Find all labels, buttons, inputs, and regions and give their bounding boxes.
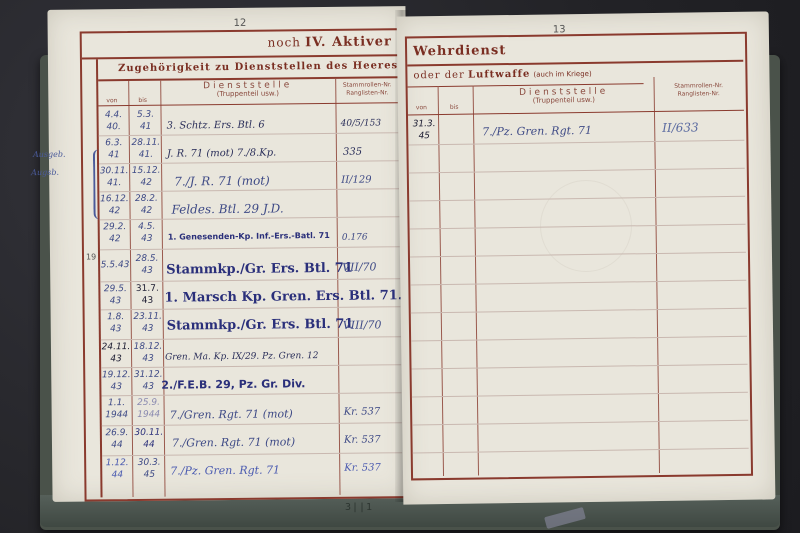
unit-stamp: Stammkp./Gr. Ers. Btl. 71 <box>167 317 354 334</box>
left-page: 12 noch IV. Aktiver Zugehörigkeit zu Die… <box>47 6 410 502</box>
unit-entry: Gren. Ma. Kp. IX/29. Pz. Gren. 12 <box>165 351 318 363</box>
date-to: 28.11.41. <box>131 137 161 161</box>
unit-entry: 7./Pz. Gren. Rgt. 71 <box>482 124 592 139</box>
roll-number: II/633 <box>662 120 699 135</box>
date-to: 5.3.41 <box>130 109 160 133</box>
unit-stamp: 1. Marsch Kp. Gren. Ers. Btl. 71. <box>164 288 402 305</box>
date-from: 16.12.42 <box>99 193 129 217</box>
date-to: 4.5.43 <box>132 221 162 245</box>
unit-stamp: 1. Genesenden-Kp. Inf.-Ers.-Batl. 71 <box>168 231 330 242</box>
date-to: 31.12.43 <box>133 369 163 393</box>
date-to: 18.12.43 <box>133 341 163 365</box>
date-to: 15.12.42 <box>131 165 161 189</box>
date-to: 30.3.45 <box>134 457 164 481</box>
page-title: noch IV. Aktiver <box>267 34 391 50</box>
unit-stamp: Stammkp./Gr. Ers. Btl. 71 <box>166 261 353 278</box>
unit-entry: 3. Schtz. Ers. Btl. 6 <box>167 120 265 132</box>
col-dienststelle: Dienststelle (Truppenteil usw.) <box>474 87 654 106</box>
entries-table: 4.4.40. 5.3.41 3. Schtz. Ers. Btl. 6 40/… <box>47 6 405 10</box>
date-from: 1.1.1944 <box>101 397 131 421</box>
date-from: 29.2.42 <box>100 221 130 245</box>
unit-stamp: 2./F.E.B. 29, Pz. Gr. Div. <box>161 377 305 392</box>
date-from: 6.3.41 <box>99 137 129 161</box>
margin-note: Ausgeb. <box>33 150 66 159</box>
roll-number: II/129 <box>341 175 371 186</box>
date-from: 31.3.45 <box>410 118 438 142</box>
page-title: Wehrdienst <box>413 43 506 59</box>
col-bis: bis <box>138 97 147 104</box>
date-to: 28.2.42 <box>131 193 161 217</box>
date-from: 1.12.44 <box>102 457 132 481</box>
roll-number: VII/70 <box>342 260 376 273</box>
roll-number: Kr. 537 <box>344 434 381 445</box>
date-from: 29.5.43 <box>100 283 130 307</box>
date-from: 4.4.40. <box>98 109 128 133</box>
page-number: 12 <box>234 18 247 29</box>
roll-number: VIII/70 <box>343 318 382 331</box>
margin-note: Augsb. <box>31 168 59 177</box>
unit-entry: Feldes. Btl. 29 J.D. <box>171 201 283 216</box>
date-to: 31.7.43 <box>132 283 162 307</box>
row-marker: 19 <box>86 252 96 261</box>
unit-entry: J. R. 71 (mot) 7./8.Kp. <box>167 147 276 159</box>
unit-entry: 7./Gren. Rgt. 71 (mot) <box>172 435 295 449</box>
unit-entry: 7./J. R. 71 (mot) <box>174 174 270 189</box>
roll-number: 40/5/153 <box>341 118 382 128</box>
col-stammrolle: Stammrollen-Nr. Ranglisten-Nr. <box>655 82 743 99</box>
date-from: 30.11.41. <box>99 165 129 189</box>
col-dienststelle: Dienststelle (Truppenteil usw.) <box>160 81 335 99</box>
col-von: von <box>106 97 117 104</box>
roll-number: Kr. 537 <box>344 462 381 473</box>
unit-entry: 7./Gren. Rgt. 71 (mot) <box>170 407 293 421</box>
col-von: von <box>416 104 427 111</box>
col-bis: bis <box>450 104 459 111</box>
date-from: 1.8.43 <box>101 311 131 335</box>
unit-entry: 7./Pz. Gren. Rgt. 71 <box>170 463 280 477</box>
date-from: 24.11.43 <box>101 341 131 365</box>
roll-number: 335 <box>343 147 362 158</box>
date-to: 25.9.1944 <box>133 397 163 421</box>
roll-number: 0.176 <box>342 233 368 243</box>
date-from: 19.12.43 <box>101 369 131 393</box>
watermark-emblem <box>540 180 632 272</box>
date-from: 26.9.44 <box>102 427 132 451</box>
col-stammrolle: Stammrollen-Nr. Ranglisten-Nr. <box>336 81 398 98</box>
date-to: 30.11.44 <box>134 427 164 451</box>
date-from: 5.5.43 <box>100 259 130 271</box>
date-to: 28.5.43 <box>132 253 162 277</box>
cover-mark: 3||1 <box>345 502 373 513</box>
date-to: 23.11.43 <box>133 311 163 335</box>
roll-number: Kr. 537 <box>344 406 381 417</box>
